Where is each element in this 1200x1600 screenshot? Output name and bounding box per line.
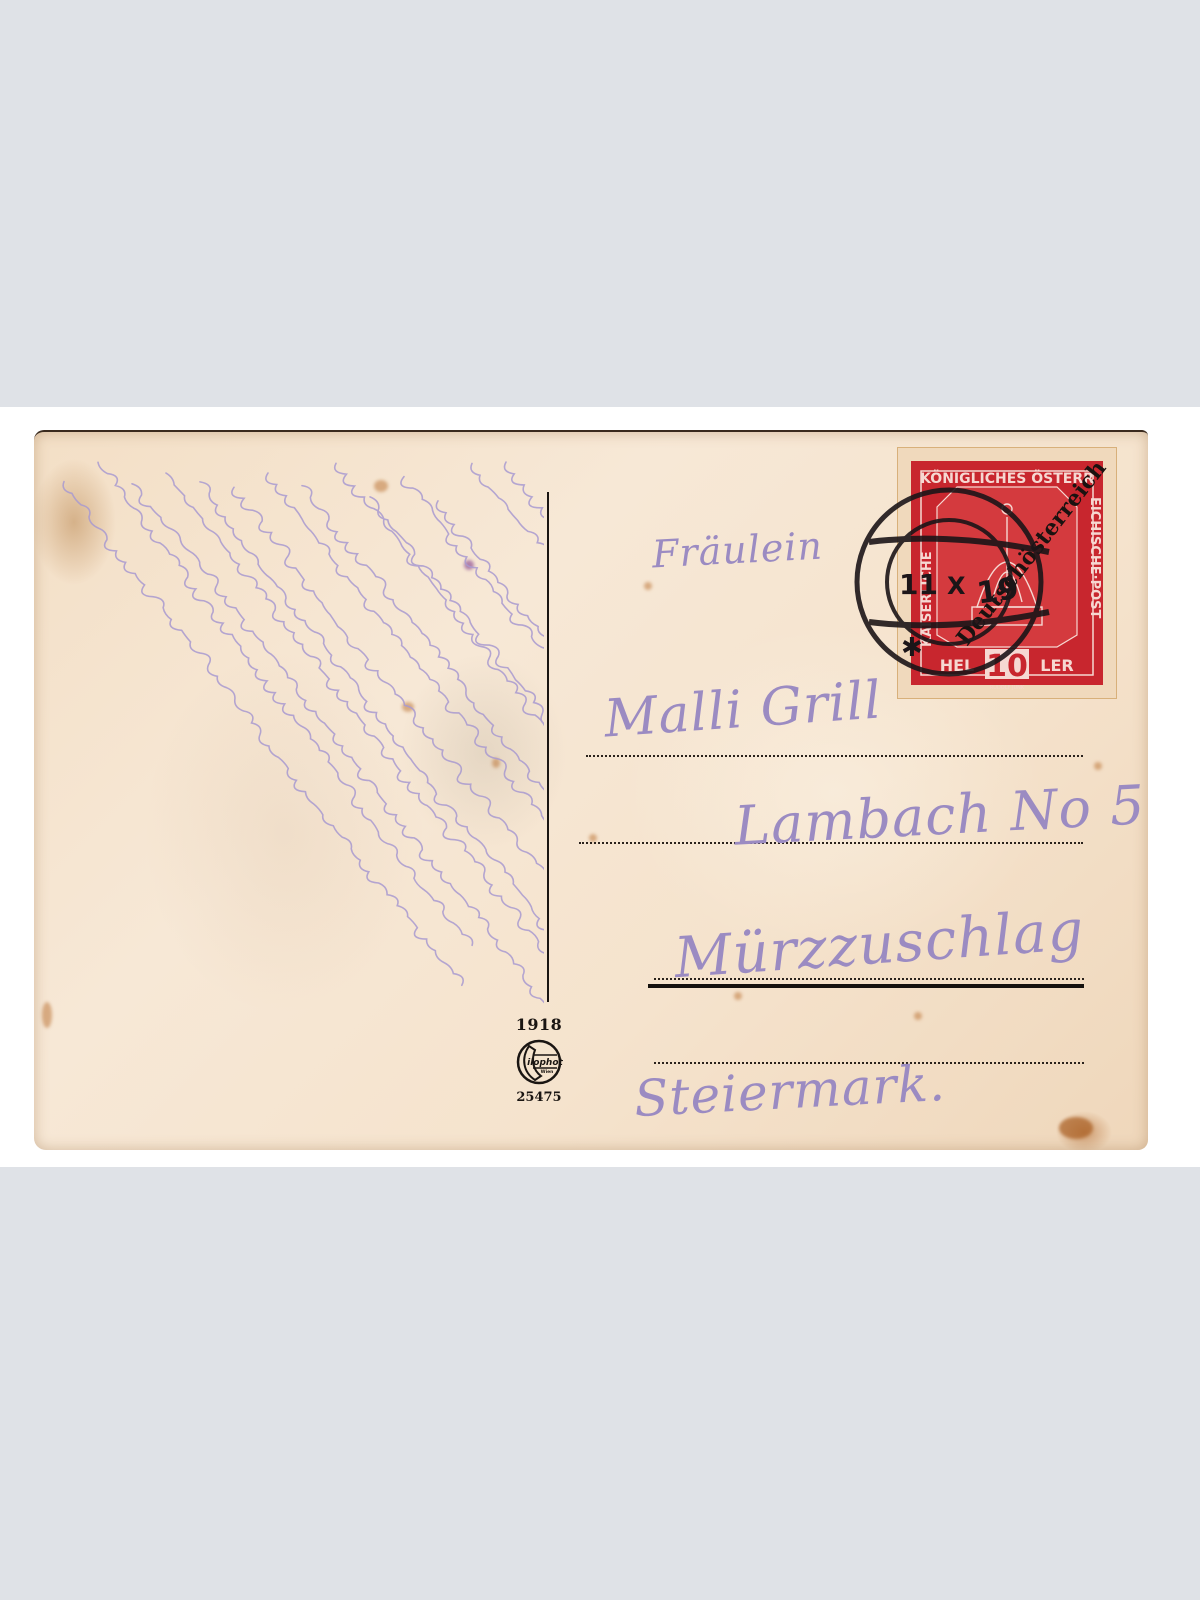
address-street: Lambach No 5 <box>733 773 1147 857</box>
svg-text:EICHISCHE·POST: EICHISCHE·POST <box>1087 497 1102 619</box>
svg-text:LER: LER <box>1040 656 1073 675</box>
handwritten-message <box>34 432 544 1150</box>
publisher-imprint: 1918 ilophot Wien 25475 <box>504 1015 574 1105</box>
svg-text:Wien: Wien <box>541 1069 554 1075</box>
foxing-spot <box>644 582 652 590</box>
foxing-stain <box>1059 1117 1093 1139</box>
address-region: Steiermark. <box>633 1054 947 1128</box>
svg-text:KAISERLICHE: KAISERLICHE <box>920 551 935 647</box>
svg-text:HEL: HEL <box>940 656 975 675</box>
divider-line <box>547 492 549 1002</box>
postage-stamp: KÖNIGLICHES ÖSTERR KAISERLICHE EICHISCHE… <box>897 447 1117 699</box>
postcard-back: 1918 ilophot Wien 25475 Fräulein Malli G… <box>34 430 1148 1150</box>
imprint-year: 1918 <box>504 1015 574 1034</box>
svg-text:ilophot: ilophot <box>527 1058 563 1068</box>
svg-text:RUDOLF JUNK: RUDOLF JUNK <box>990 685 1025 691</box>
address-salutation: Fräulein <box>651 524 824 577</box>
svg-text:10: 10 <box>986 649 1028 684</box>
address-line-1 <box>586 755 1083 757</box>
foxing-spot <box>589 834 597 842</box>
foxing-spot <box>734 992 742 1000</box>
publisher-logo-icon: ilophot Wien <box>515 1038 563 1086</box>
card-number: 25475 <box>504 1090 574 1105</box>
foxing-spot <box>1094 762 1102 770</box>
address-name: Malli Grill <box>602 670 883 749</box>
foxing-spot <box>914 1012 922 1020</box>
